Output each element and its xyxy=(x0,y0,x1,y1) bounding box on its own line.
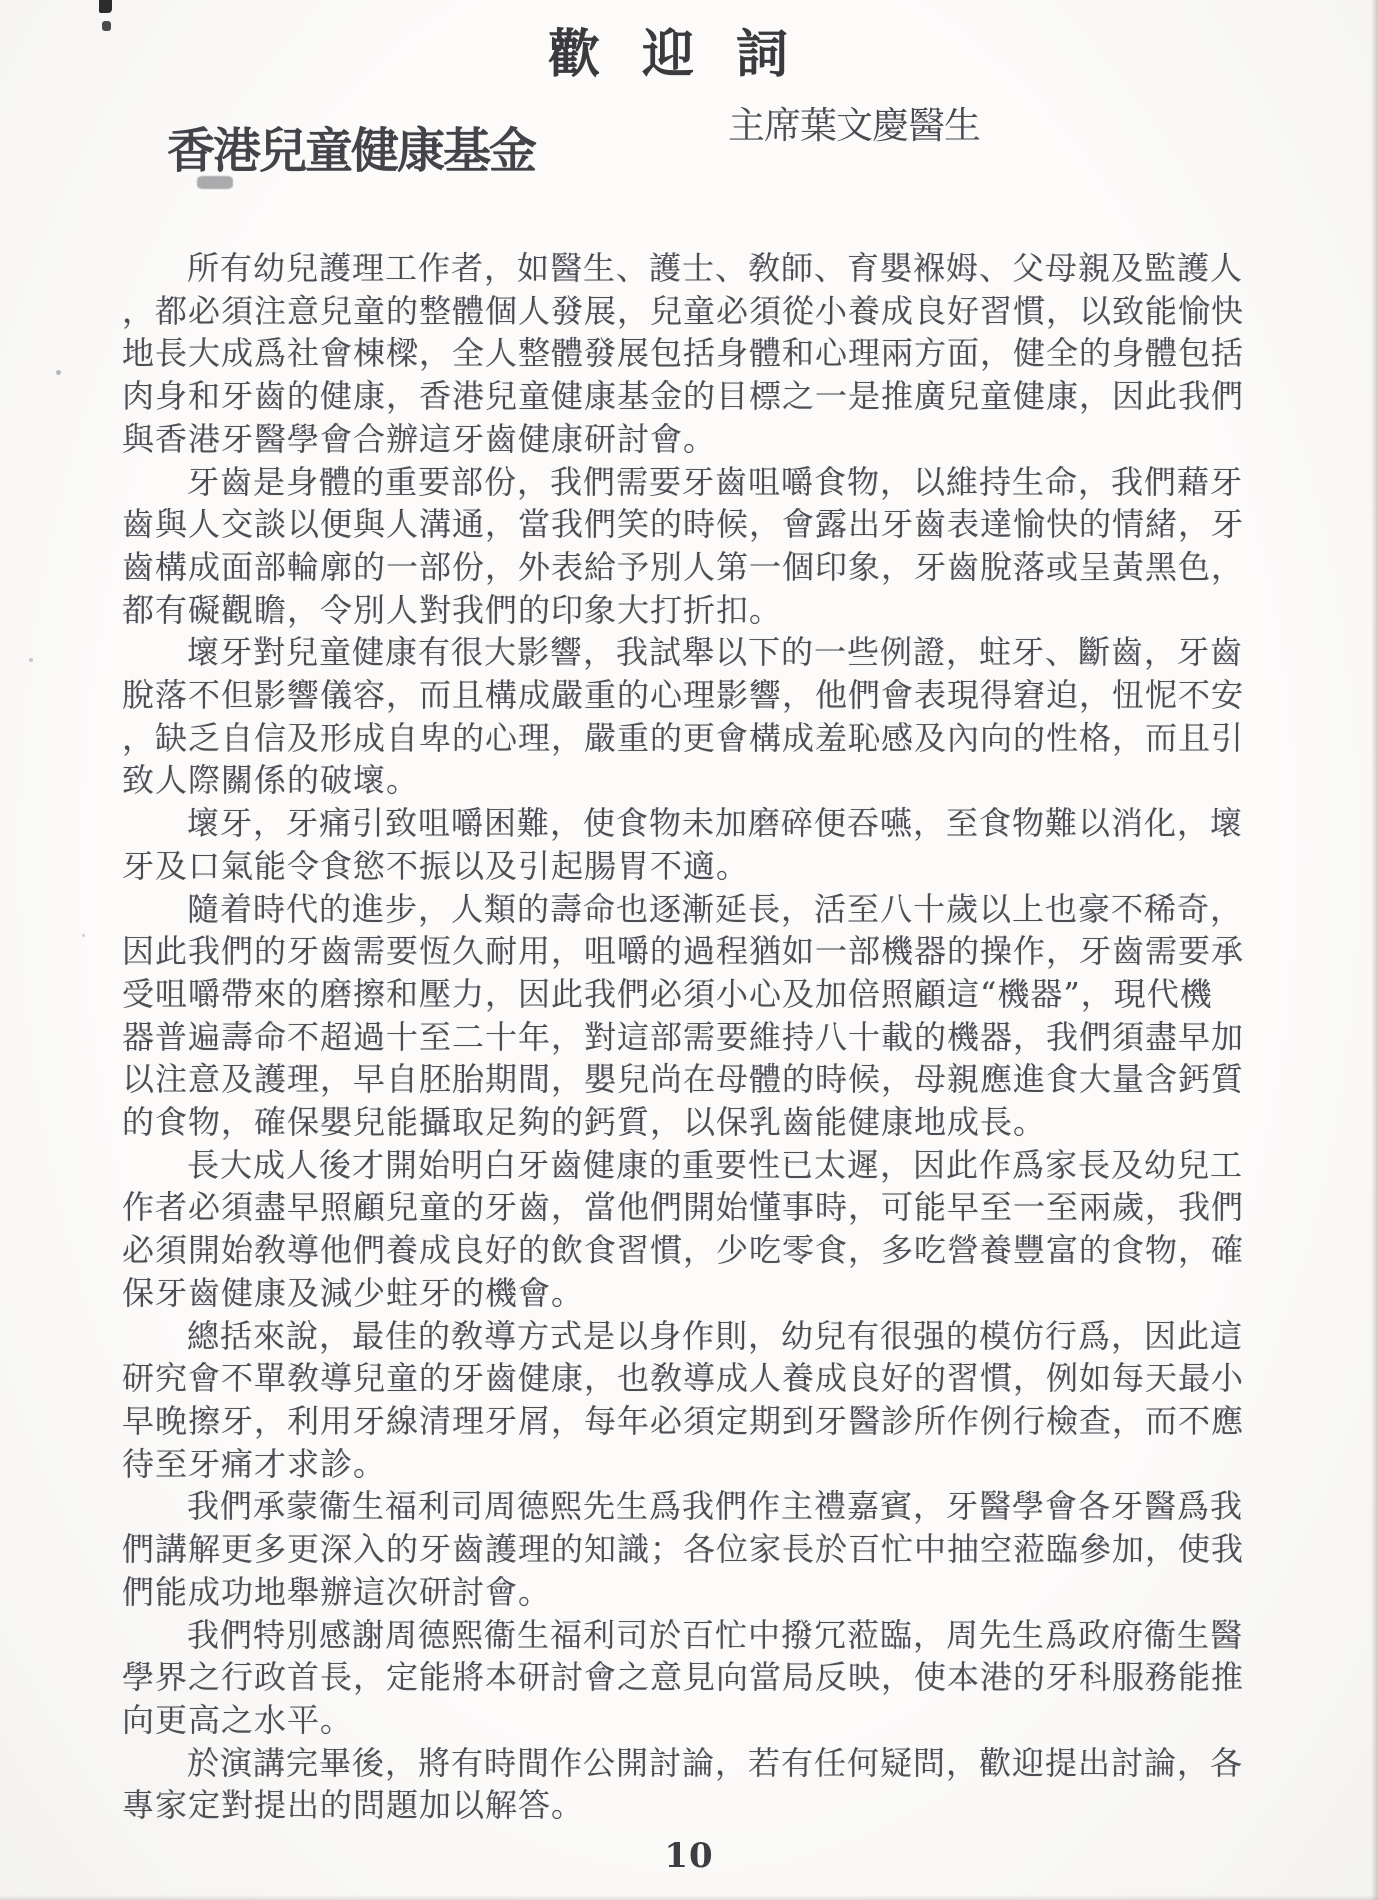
text-line: 待至牙痛才求診。 xyxy=(122,1443,1252,1486)
page-number: 10 xyxy=(0,1836,1378,1876)
text-line: ，都必須注意兒童的整體個人發展，兒童必須從小養成良好習慣，以致能愉快 xyxy=(122,290,1252,333)
speech-body: 所有幼兒護理工作者，如醫生、護士、敎師、育嬰褓姆、父母親及監護人 ，都必須注意兒… xyxy=(122,247,1252,1827)
text-line: 保牙齒健康及減少蛀牙的機會。 xyxy=(122,1272,1252,1315)
text-line: 我們特別感謝周德熙衞生福利司於百忙中撥冗蒞臨，周先生爲政府衞生醫 xyxy=(122,1614,1252,1657)
scan-edge-shadow xyxy=(0,1895,1378,1900)
scan-speck xyxy=(29,658,33,662)
text-line: 作者必須盡早照顧兒童的牙齒，當他們開始懂事時，可能早至一至兩歲，我們 xyxy=(122,1186,1252,1229)
text-line: 必須開始敎導他們養成良好的飲食習慣，少吃零食，多吃營養豐富的食物，確 xyxy=(122,1229,1252,1272)
text-line: 專家定對提出的問題加以解答。 xyxy=(122,1784,1252,1827)
text-line: 學界之行政首長，定能將本研討會之意見向當局反映，使本港的牙科服務能推 xyxy=(122,1656,1252,1699)
scan-speck xyxy=(56,370,61,375)
text-line: 壞牙對兒童健康有很大影響，我試舉以下的一些例證，蛀牙、斷齒，牙齒 xyxy=(122,631,1252,674)
text-line: 牙齒是身體的重要部份，我們需要牙齒咀嚼食物，以維持生命，我們藉牙 xyxy=(122,461,1252,504)
scan-mark-top-edge xyxy=(99,0,112,13)
text-line: 隨着時代的進步，人類的壽命也逐漸延長，活至八十歲以上也豪不稀奇， xyxy=(122,888,1252,931)
text-line: 早晚擦牙，利用牙線清理牙屑，每年必須定期到牙醫診所作例行檢查，而不應 xyxy=(122,1400,1252,1443)
text-line: 肉身和牙齒的健康，香港兒童健康基金的目標之一是推廣兒童健康，因此我們 xyxy=(122,375,1252,418)
text-line: 齒構成面部輪廓的一部份，外表給予別人第一個印象，牙齒脫落或呈黃黑色， xyxy=(122,546,1252,589)
text-line: 向更高之水平。 xyxy=(122,1699,1252,1742)
text-line: 器普遍壽命不超過十至二十年，對這部需要維持八十載的機器，我們須盡早加 xyxy=(122,1016,1252,1059)
text-line: 脫落不但影響儀容，而且構成嚴重的心理影響，他們會表現得窘迫，忸怩不安 xyxy=(122,674,1252,717)
text-line: 受咀嚼帶來的磨擦和壓力，因此我們必須小心及加倍照顧這“機器”，現代機 xyxy=(122,973,1252,1016)
text-line: 都有礙觀瞻，令別人對我們的印象大打折扣。 xyxy=(122,589,1252,632)
presenter-name: 主席葉文慶醫生 xyxy=(728,102,980,150)
text-line: 齒與人交談以便與人溝通，當我們笑的時候，會露出牙齒表達愉快的情緒，牙 xyxy=(122,503,1252,546)
text-line: 研究會不單敎導兒童的牙齒健康，也敎導成人養成良好的習慣，例如每天最小 xyxy=(122,1357,1252,1400)
document-page: 歡迎詞 香港兒童健康基金 主席葉文慶醫生 所有幼兒護理工作者，如醫生、護士、敎師… xyxy=(0,0,1378,1900)
text-line: 地長大成爲社會棟樑，全人整體發展包括身體和心理兩方面，健全的身體包括 xyxy=(122,332,1252,375)
organization-name: 香港兒童健康基金 xyxy=(167,124,535,180)
text-line: 因此我們的牙齒需要恆久耐用，咀嚼的過程猶如一部機器的操作，牙齒需要承 xyxy=(122,930,1252,973)
text-line: 壞牙，牙痛引致咀嚼困難，使食物未加磨碎便吞嚥，至食物難以消化，壞 xyxy=(122,802,1252,845)
text-line: ，缺乏自信及形成自卑的心理，嚴重的更會構成羞恥感及內向的性格，而且引 xyxy=(122,717,1252,760)
text-line: 們能成功地舉辦這次研討會。 xyxy=(122,1571,1252,1614)
scan-speck xyxy=(82,934,85,937)
text-line: 牙及口氣能令食慾不振以及引起腸胃不適。 xyxy=(122,845,1252,888)
text-line: 的食物，確保嬰兒能攝取足夠的鈣質，以保乳齒能健康地成長。 xyxy=(122,1101,1252,1144)
text-line: 所有幼兒護理工作者，如醫生、護士、敎師、育嬰褓姆、父母親及監護人 xyxy=(122,247,1252,290)
text-line: 們講解更多更深入的牙齒護理的知識；各位家長於百忙中抽空蒞臨參加，使我 xyxy=(122,1528,1252,1571)
text-line: 以注意及護理，早自胚胎期間，嬰兒尚在母體的時候，母親應進食大量含鈣質 xyxy=(122,1058,1252,1101)
scan-mark-top-edge xyxy=(102,21,111,31)
text-line: 我們承蒙衞生福利司周德熙先生爲我們作主禮嘉賓，牙醫學會各牙醫爲我 xyxy=(122,1485,1252,1528)
text-line: 總括來說，最佳的敎導方式是以身作則，幼兒有很强的模仿行爲，因此這 xyxy=(122,1315,1252,1358)
text-line: 與香港牙醫學會合辦這牙齒健康研討會。 xyxy=(122,418,1252,461)
text-line: 致人際關係的破壞。 xyxy=(122,759,1252,802)
scan-edge-shadow xyxy=(1371,0,1378,1900)
page-title: 歡迎詞 xyxy=(548,26,830,86)
text-line: 於演講完畢後，將有時間作公開討論，若有任何疑問，歡迎提出討論，各 xyxy=(122,1742,1252,1785)
scan-smudge xyxy=(197,176,233,189)
text-line: 長大成人後才開始明白牙齒健康的重要性已太遲，因此作爲家長及幼兒工 xyxy=(122,1144,1252,1187)
